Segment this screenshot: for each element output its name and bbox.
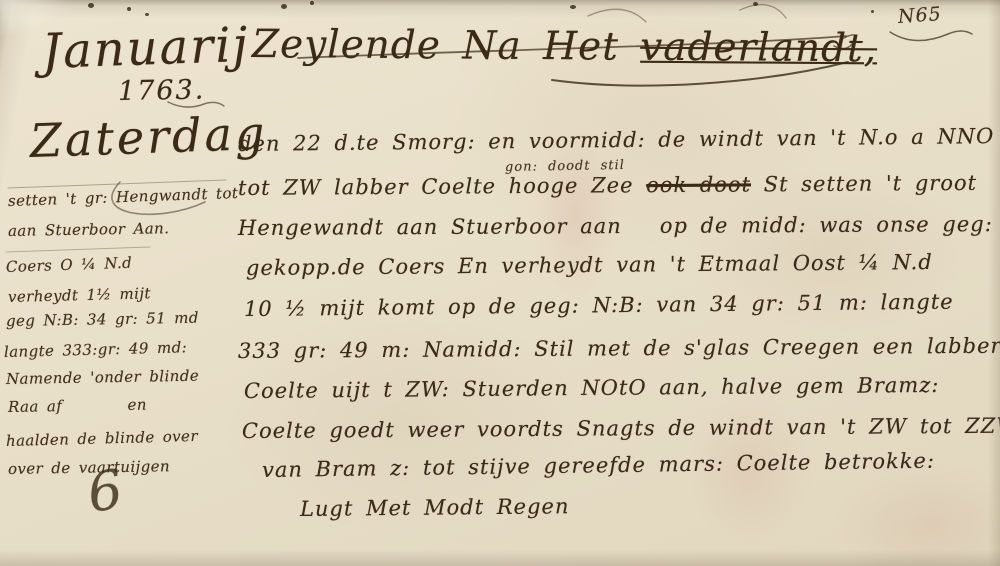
ink-speck	[871, 10, 874, 13]
ink-speck	[753, 2, 758, 6]
ink-speck	[145, 13, 149, 16]
entry-line-6: 333 gr: 49 m: Namidd: Stil met de s'glas…	[238, 334, 1000, 363]
header-month: Januarij	[41, 17, 250, 80]
manuscript-page: Januarij 1763. Zeylende Na Het vaderland…	[0, 0, 1000, 566]
entry-line-10: Lugt Met Modt Regen	[300, 494, 570, 521]
entry-line-2: tot ZW labber Coelte hooge Zee ook doot …	[238, 171, 977, 200]
margin-note: Raa af en	[8, 396, 147, 416]
entry-line-3: Hengewandt aan Stuerboor aan op de midd:…	[238, 212, 993, 240]
header-title-strikethrough-word: vaderlandt,	[640, 25, 877, 72]
title-ornament	[740, 5, 786, 18]
margin-note: langte 333:gr: 49 md:	[4, 338, 188, 361]
header-title: Zeylende Na Het vaderlandt,	[252, 22, 877, 71]
margin-note: geg N:B: 34 gr: 51 md	[6, 309, 199, 330]
margin-note: setten 't gr: Hengwandt tot	[8, 184, 239, 210]
entry-line-1: den 22 d.te Smorg: en voormidd: de windt…	[238, 124, 995, 156]
header-title-text: Zeylende Na Het	[252, 22, 641, 70]
margin-note: verheydt 1½ mijt	[8, 284, 151, 306]
entry-line-9: van Bram z: tot stijve gereefde mars: Co…	[262, 449, 935, 482]
ink-speck	[570, 5, 576, 9]
margin-note: haalden de blinde over	[6, 427, 198, 450]
entry-line-2-strikethrough: ook doot	[646, 172, 751, 197]
margin-note: Coers O ¼ N.d	[6, 254, 133, 276]
ink-speck	[281, 4, 287, 9]
ink-speck	[127, 7, 131, 11]
header-year: 1763.	[118, 74, 206, 107]
folio-flourish	[890, 31, 972, 41]
entry-line-2-pre: tot ZW labber Coelte hooge Zee	[238, 173, 646, 200]
entry-line-8: Coelte goedt weer voordts Snagts de wind…	[242, 414, 1000, 443]
title-ornament	[588, 9, 646, 22]
day-heading: Zaterdag	[29, 106, 268, 168]
entry-line-7: Coelte uijt t ZW: Stuerden NOtO aan, hal…	[244, 373, 940, 403]
entry-line-5: 10 ½ mijt komt op de geg: N:B: van 34 gr…	[244, 290, 954, 321]
margin-rule	[6, 247, 150, 252]
ink-speck	[88, 3, 94, 8]
folio-number: N65	[897, 3, 942, 28]
margin-note: aan Stuerboor Aan.	[8, 219, 170, 240]
entry-line-4: gekopp.de Coers En verheydt van 't Etmaa…	[246, 250, 933, 280]
entry-line-2-post: St setten 't groot	[751, 171, 977, 197]
ink-speck	[310, 1, 314, 5]
margin-note: Namende 'onder blinde	[6, 367, 199, 388]
